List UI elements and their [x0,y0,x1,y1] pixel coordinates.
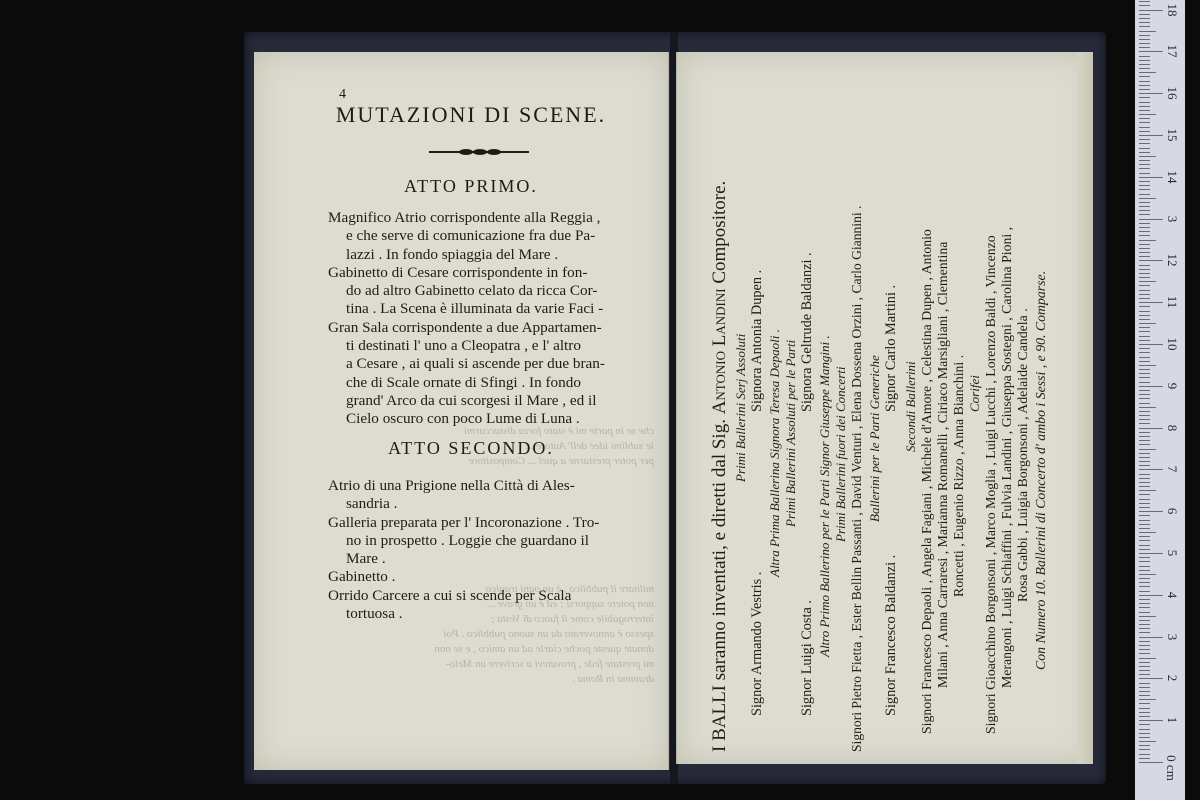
ruler-tick [1139,260,1163,261]
ruler-tick [1139,185,1150,186]
ruler-tick [1139,582,1150,583]
ruler-label: 16 [1164,82,1180,104]
ruler-tick [1139,419,1150,420]
ruler-tick [1139,18,1150,19]
ruler-label: 8 [1164,417,1180,439]
ruler-label: 14 [1164,166,1180,188]
cast-entry: Milani , Anna Carraresi , Marianna Roman… [935,242,951,688]
ruler-tick [1139,156,1156,157]
ruler-tick [1139,695,1150,696]
ruler-tick [1139,683,1150,684]
ruler-label: 10 [1164,333,1180,355]
ruler-tick [1139,361,1150,362]
ruler-tick [1139,532,1156,533]
ruler-label: 17 [1164,40,1180,62]
ruler-tick [1139,716,1150,717]
ruler-label: 9 [1164,375,1180,397]
scene-item: Orrido Carcere a cui si scende per Scala… [328,587,646,624]
ruler-tick [1139,5,1150,6]
ruler-tick [1139,202,1150,203]
ruler-tick [1139,160,1150,161]
ruler-tick [1139,520,1150,521]
ruler-tick [1139,703,1150,704]
ruler-tick [1139,666,1150,667]
ruler-label: 11 [1164,291,1180,313]
ruler-tick [1139,110,1150,111]
ruler-tick [1139,691,1150,692]
ruler-tick [1139,89,1150,90]
ruler-tick [1139,733,1150,734]
ballet-heading: I BALLI saranno inventati, e diretti dal… [709,181,731,752]
left-page: che se in parte mi è stato forza distacc… [254,52,669,770]
ruler-tick [1139,632,1150,633]
ruler-tick [1139,214,1150,215]
ruler-tick [1139,432,1150,433]
ruler-tick [1139,235,1150,236]
ruler-tick [1139,340,1150,341]
ruler-tick [1139,503,1150,504]
ruler-tick [1139,620,1150,621]
cast-entry: Signori Pietro Fietta , Ester Bellin Pas… [849,206,865,752]
ruler-tick [1139,549,1150,550]
ruler-tick [1139,699,1156,700]
ruler-tick [1139,407,1156,408]
ruler-tick [1139,528,1150,529]
scene-item: Gabinetto . [328,568,646,586]
section-label: Primi Ballerini Assoluti per le Parti [783,340,799,527]
ruler-tick [1139,486,1150,487]
ruler-tick [1139,60,1150,61]
ruler-tick [1139,624,1150,625]
ruler-tick [1139,574,1156,575]
ruler-tick [1139,1,1150,2]
ruler-tick [1139,649,1150,650]
ruler-tick [1139,428,1163,429]
ruler-tick [1139,14,1150,15]
ruler-tick [1139,591,1150,592]
ruler-tick [1139,382,1150,383]
ruler-tick [1139,223,1150,224]
cast-entry: Signora Geltrude Baldanzi . [799,252,816,412]
ruler-tick [1139,311,1150,312]
cast-entry: Roncetti , Eugenio Rizzo , Anna Bianchin… [951,355,967,597]
ruler-tick [1139,81,1150,82]
ruler-tick [1139,758,1150,759]
ruler-tick [1139,570,1150,571]
ruler-tick [1139,227,1150,228]
ruler-tick [1139,607,1150,608]
ruler-tick [1139,377,1150,378]
ruler-tick [1139,745,1150,746]
ruler-tick [1139,269,1150,270]
ruler-tick [1139,628,1150,629]
ruler-tick [1139,737,1150,738]
ruler-tick [1139,56,1150,57]
ruler-tick [1139,494,1150,495]
cast-entry: Merangoni , Luigi Schiaffini , Fulvia La… [999,227,1015,688]
ruler-tick [1139,164,1150,165]
ruler-label: 0 cm [1163,748,1179,788]
ruler-tick [1139,390,1150,391]
section-label: Altro Primo Ballerino per le Parti Signo… [817,335,833,657]
ruler-tick [1139,64,1150,65]
ruler-tick [1139,348,1150,349]
ruler-tick [1139,712,1150,713]
ruler-tick [1139,762,1163,763]
ruler-tick [1139,616,1156,617]
ruler-tick [1139,687,1150,688]
ruler-tick [1139,515,1150,516]
ruler-tick [1139,586,1150,587]
ruler-label: 12 [1164,249,1180,271]
cast-entry: Signor Luigi Costa . [799,600,816,716]
ruler-tick [1139,599,1150,600]
ruler-tick [1139,285,1150,286]
ruler-label: 6 [1164,500,1180,522]
ruler-tick [1139,344,1163,345]
ruler-tick [1139,403,1150,404]
cast-entry: Signori Francesco Depaoli , Angela Fagia… [919,229,935,734]
ruler-tick [1139,507,1150,508]
ruler-label: 5 [1164,542,1180,564]
ruler-tick [1139,22,1150,23]
ruler-tick [1139,168,1150,169]
ruler-tick [1139,444,1150,445]
ruler-tick [1139,68,1150,69]
ruler-tick [1139,143,1150,144]
ruler-tick [1139,545,1150,546]
ruler-tick [1139,256,1150,257]
ruler-label: 18 [1164,0,1180,21]
cast-entry: Signor Carlo Martini . [883,285,900,412]
ruler-tick [1139,352,1150,353]
ruler-tick [1139,465,1150,466]
ruler-tick [1139,131,1150,132]
ruler-tick [1139,561,1150,562]
act-primo-scenes: Magnifico Atrio corrispondente alla Regg… [328,209,646,429]
ruler-tick [1139,323,1156,324]
ruler-tick [1139,524,1150,525]
scene-item: Galleria preparata per l' Incoronazione … [328,514,646,569]
ruler-tick [1139,173,1150,174]
page-title: MUTAZIONI DI SCENE. [254,102,668,128]
ruler-tick [1139,474,1150,475]
scene-item: Gran Sala corrispondente a due Appartame… [328,319,646,429]
measurement-ruler: 0 cm12345678910111231415161718 [1135,0,1185,800]
ruler-tick [1139,478,1150,479]
ruler-tick [1139,595,1163,596]
ruler-tick [1139,394,1150,395]
ruler-tick [1139,194,1150,195]
cast-entry: Signor Francesco Baldanzi . [883,555,900,716]
ruler-tick [1139,457,1150,458]
ruler-tick [1139,315,1150,316]
cast-entry: Rosa Gabbi , Luigia Borgonsoni , Adelaid… [1015,308,1031,602]
right-page: I BALLI saranno inventati, e diretti dal… [676,52,1093,764]
ruler-tick [1139,645,1150,646]
ruler-tick [1139,85,1150,86]
cast-entry: Signora Antonia Dupen . [749,270,766,412]
ruler-tick [1139,436,1150,437]
scene-item: Magnifico Atrio corrispondente alla Regg… [328,209,646,264]
ruler-label: 15 [1164,124,1180,146]
ruler-tick [1139,265,1150,266]
section-label: Secondi Ballerini [903,361,919,452]
ruler-tick [1139,127,1150,128]
act-heading-primo: ATTO PRIMO. [254,176,668,197]
ruler-tick [1139,415,1150,416]
ruler-tick [1139,398,1150,399]
ballet-cast-list: I BALLI saranno inventati, e diretti dal… [697,72,1037,752]
ruler-tick [1139,122,1150,123]
ruler-tick [1139,198,1156,199]
ruler-tick [1139,248,1150,249]
section-label: Primi Ballerini fuori dei Concerti [833,367,849,543]
ruler-tick [1139,511,1163,512]
ruler-tick [1139,453,1150,454]
ruler-tick [1139,152,1150,153]
ruler-tick [1139,93,1163,94]
ruler-tick [1139,670,1150,671]
ruler-tick [1139,114,1156,115]
ruler-tick [1139,31,1156,32]
ruler-tick [1139,135,1163,136]
section-label: Ballerini per le Parti Generiche [867,355,883,522]
ruler-tick [1139,39,1150,40]
ruler-tick [1139,298,1150,299]
ruler-tick [1139,219,1163,220]
section-label: Primi Ballerini Serj Assoluti [733,334,749,482]
ruler-tick [1139,294,1150,295]
ruler-label: 3 [1164,626,1180,648]
cast-entry: Signor Armando Vestris . [749,572,766,716]
ruler-tick [1139,210,1150,211]
ruler-tick [1139,440,1150,441]
ruler-tick [1139,411,1150,412]
act-heading-secondo: ATTO SECONDO. [254,438,668,459]
ruler-tick [1139,741,1156,742]
ruler-tick [1139,553,1163,554]
ruler-tick [1139,490,1156,491]
ruler-tick [1139,749,1150,750]
ruler-tick [1139,678,1163,679]
ruler-label: 3 [1164,208,1180,230]
ruler-tick [1139,612,1150,613]
ruler-tick [1139,729,1150,730]
ruler-tick [1139,449,1156,450]
ruler-tick [1139,499,1150,500]
ruler-label: 2 [1164,667,1180,689]
ruler-tick [1139,106,1150,107]
ruler-tick [1139,206,1150,207]
ruler-tick [1139,386,1163,387]
ruler-tick [1139,72,1156,73]
ruler-label: 4 [1164,584,1180,606]
ruler-tick [1139,754,1150,755]
ruler-tick [1139,658,1156,659]
ruler-tick [1139,327,1150,328]
scene-item: Gabinetto di Cesare corrispondente in fo… [328,264,646,319]
ruler-tick [1139,461,1150,462]
ruler-tick [1139,118,1150,119]
ruler-tick [1139,10,1163,11]
footer-note: Con Numero 10. Ballerini di Concerto d' … [1033,271,1049,670]
ruler-tick [1139,720,1163,721]
ruler-tick [1139,662,1150,663]
ruler-tick [1139,674,1150,675]
ruler-tick [1139,148,1150,149]
ruler-tick [1139,423,1150,424]
ruler-tick [1139,139,1150,140]
ruler-tick [1139,47,1150,48]
cast-entry: Signori Gioacchino Borgonsoni , Marco Mo… [983,235,999,734]
ruler-label: 1 [1164,709,1180,731]
ruler-tick [1139,43,1150,44]
ruler-tick [1139,566,1150,567]
ruler-tick [1139,102,1150,103]
ruler-tick [1139,319,1150,320]
ruler-tick [1139,240,1156,241]
ruler-tick [1139,35,1150,36]
ruler-tick [1139,653,1150,654]
ruler-tick [1139,76,1150,77]
ruler-tick [1139,181,1150,182]
ruler-tick [1139,51,1163,52]
ruler-tick [1139,578,1150,579]
ruler-tick [1139,252,1150,253]
ruler-tick [1139,641,1150,642]
ruler-tick [1139,557,1150,558]
ruler-tick [1139,373,1150,374]
section-label: Altra Prima Ballerina Signora Teresa Dep… [767,329,783,577]
ruler-tick [1139,277,1150,278]
ruler-tick [1139,306,1150,307]
ruler-tick [1139,302,1163,303]
ruler-tick [1139,189,1150,190]
ruler-tick [1139,177,1163,178]
ruler-tick [1139,231,1150,232]
ruler-tick [1139,281,1156,282]
ruler-tick [1139,331,1150,332]
ruler-tick [1139,97,1150,98]
section-label: Corifei [967,375,983,412]
ruler-tick [1139,336,1150,337]
ruler-tick [1139,724,1150,725]
ruler-tick [1139,482,1150,483]
ruler-label: 7 [1164,458,1180,480]
ruler-tick [1139,603,1150,604]
ruler-tick [1139,469,1163,470]
ruler-tick [1139,365,1156,366]
ruler-tick [1139,26,1150,27]
ruler-tick [1139,369,1150,370]
page-number: 4 [339,87,346,103]
ruler-tick [1139,540,1150,541]
ornament-divider [429,149,529,155]
ruler-tick [1139,357,1150,358]
ruler-tick [1139,536,1150,537]
ruler-tick [1139,708,1150,709]
ruler-tick [1139,244,1150,245]
act-secondo-scenes: Atrio di una Prigione nella Città di Ale… [328,477,646,623]
ruler-tick [1139,273,1150,274]
ruler-tick [1139,637,1163,638]
scene-item: Atrio di una Prigione nella Città di Ale… [328,477,646,514]
ruler-tick [1139,290,1150,291]
